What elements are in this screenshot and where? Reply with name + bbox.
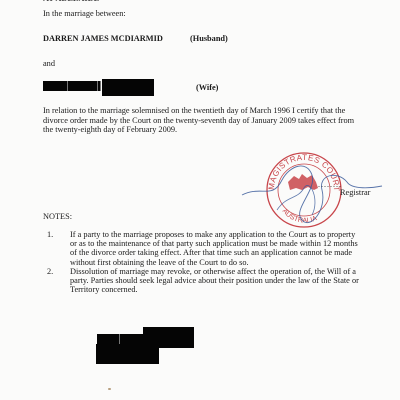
certificate-line: divorce order made by the Court on the t… (43, 116, 354, 126)
certificate-line: In relation to the marriage solemnised o… (43, 106, 354, 116)
note-line: Dissolution of marriage may revoke, or o… (70, 267, 380, 276)
court-location-cutoff: AT ADELAIDE (43, 0, 99, 4)
note-line: party. Parties should seek legal advice … (70, 276, 380, 285)
husband-role: (Husband) (190, 34, 228, 44)
husband-name: DARREN JAMES MCDIARMID (43, 34, 163, 44)
wife-role: (Wife) (196, 83, 218, 93)
note-line: Territory concerned. (70, 285, 380, 294)
note-body: If a party to the marriage proposes to m… (70, 230, 380, 267)
notes-heading: NOTES: (43, 212, 72, 222)
note-line: of the divorce order taking effect. Afte… (70, 248, 380, 257)
certificate-paragraph: In relation to the marriage solemnised o… (43, 106, 354, 135)
note-line: or as to the maintenance of that party s… (70, 239, 380, 248)
intro-text: In the marriage between: (43, 9, 126, 19)
note-number: 2. (47, 267, 53, 276)
note-line: If a party to the marriage proposes to m… (70, 230, 380, 239)
signature-line: ........ (318, 180, 342, 189)
conjunction: and (43, 59, 55, 69)
certificate-line: the twenty-eighth day of February 2009. (43, 125, 354, 135)
paper-speck (108, 388, 111, 390)
registrar-label: Registrar (340, 188, 370, 197)
note-line: without first obtaining the leave of the… (70, 258, 380, 267)
note-number: 1. (47, 230, 53, 239)
note-body: Dissolution of marriage may revoke, or o… (70, 267, 380, 295)
